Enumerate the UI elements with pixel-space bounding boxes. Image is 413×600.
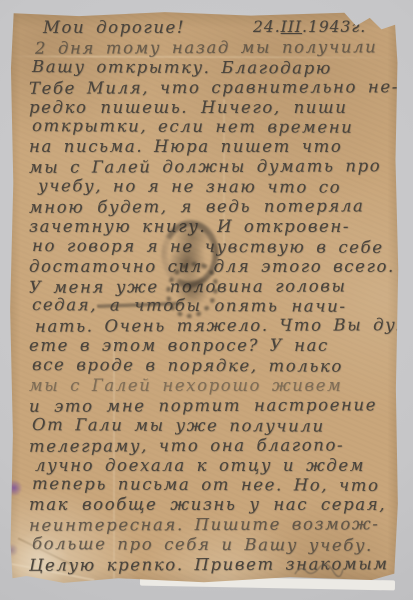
handwritten-line: неинтересная. Пишите возмож- [29, 514, 395, 535]
date-day: 24. [253, 18, 281, 36]
handwritten-line: теперь письма от нее. Но, что [32, 475, 398, 497]
handwritten-line: Тебе Миля, что сравнительно не- [29, 77, 395, 98]
ink-smudge [6, 479, 22, 497]
letter-date: 24.III.1943г. [253, 18, 366, 38]
date-month: III [281, 18, 302, 36]
handwritten-line: больше про себя и Вашу учебу. [32, 534, 398, 556]
handwritten-line: От Гали мы уже получили [32, 415, 398, 437]
handwritten-line: мы с Галей должны думать про [29, 156, 395, 177]
handwritten-line: учебу, но я не знаю что со [32, 176, 398, 198]
handwritten-line: лучно доехала к отцу и ждем [29, 456, 395, 476]
handwritten-line: нать. Очень тяжело. Что Вы дума- [29, 316, 395, 337]
handwritten-line: мною будет, я ведь потеряла [29, 196, 395, 217]
ink-smudge [5, 543, 18, 557]
greeting-text: Мои дорогие! [43, 18, 185, 37]
scanner-bed: Мои дорогие! 24.III.1943г. 2 дня тому на… [0, 0, 413, 600]
handwritten-line: 2 дня тому назад мы получили [29, 37, 395, 58]
letter-greeting-line: Мои дорогие! 24.III.1943г. [29, 18, 395, 38]
handwritten-line: открытки, если нет времени [32, 117, 398, 139]
handwritten-line: на письма. Нюра пишет что [29, 137, 395, 157]
signature-scribble [293, 563, 345, 579]
postcard: Мои дорогие! 24.III.1943г. 2 дня тому на… [9, 11, 399, 584]
handwritten-line: редко пишешь. Ничего, пиши [29, 98, 395, 118]
handwritten-line: и это мне портит настроение [29, 395, 395, 416]
handwritten-line: телеграму, что она благопо- [29, 435, 395, 456]
handwritten-line: мы с Галей нехорошо живем [29, 376, 395, 396]
handwritten-line: Вашу открытку. Благодарю [32, 57, 398, 79]
handwritten-line: ете в этом вопросе? У нас [29, 336, 395, 356]
handwritten-line: так вообще жизнь у нас серая, [29, 495, 395, 515]
handwritten-line: все вроде в порядке, только [32, 355, 398, 377]
date-year: .1943г. [302, 18, 366, 36]
